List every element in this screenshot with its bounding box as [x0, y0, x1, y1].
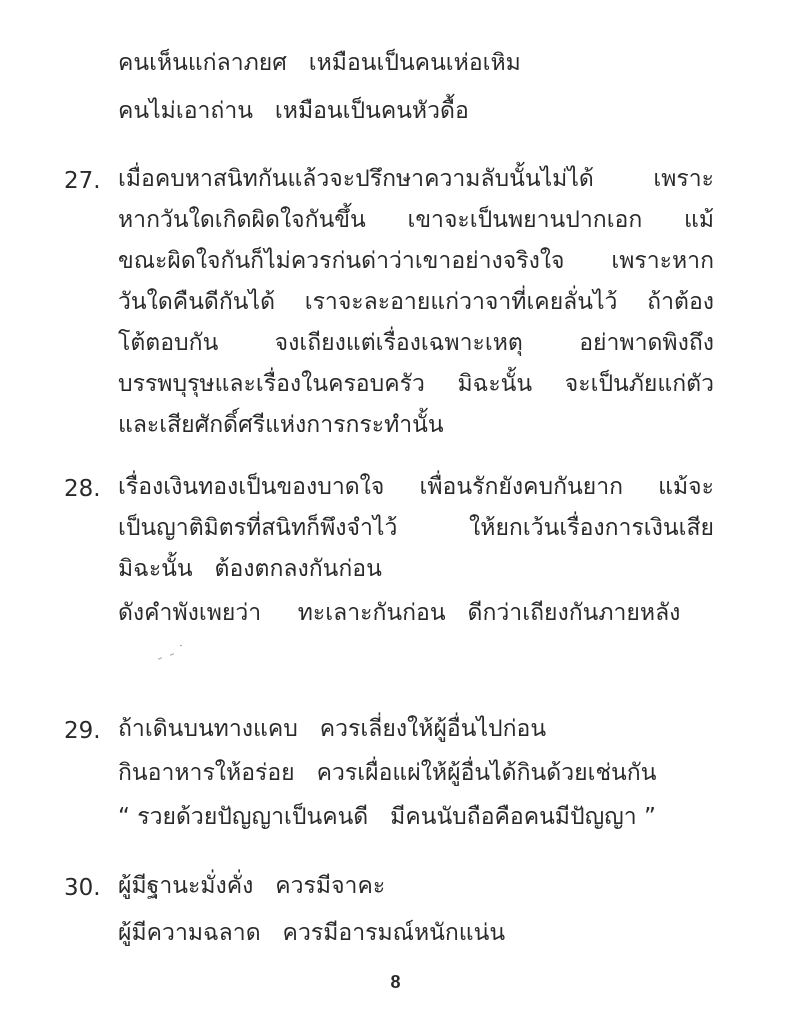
item-number: 30. — [64, 873, 101, 903]
item-29-line: กินอาหารให้อร่อย ควรเผื่อแผ่ให้ผู้อื่นได… — [118, 758, 656, 788]
item-27-line: บรรพบุรุษและเรื่องในครอบครัว มิฉะนั้น จะ… — [118, 369, 714, 399]
intro-line: คนเห็นแก่ลาภยศ เหมือนเป็นคนเห่อเหิม — [118, 48, 521, 78]
item-28-line: เรื่องเงินทองเป็นของบาดใจ เพื่อนรักยังคบ… — [118, 472, 714, 502]
item-number: 27. — [64, 166, 101, 196]
item-27-line: โต้ตอบกัน จงเถียงแต่เรื่องเฉพาะเหตุ อย่า… — [118, 328, 714, 358]
item-number: 28. — [64, 474, 101, 504]
scan-speck — [180, 645, 182, 647]
item-29-quote: “ รวยด้วยปัญญาเป็นคนดี มีคนนับถือคือคนมี… — [118, 802, 656, 832]
item-number: 29. — [64, 716, 101, 746]
item-27-line: ขณะผิดใจกันก็ไม่ควรก่นด่าว่าเขาอย่างจริง… — [118, 246, 714, 276]
document-page: คนเห็นแก่ลาภยศ เหมือนเป็นคนเห่อเหิม คนไม… — [0, 0, 791, 1024]
item-28-proverb: ดังคำพังเพยว่า ทะเลาะกันก่อน ดีกว่าเถียง… — [118, 598, 680, 628]
item-27-line: วันใดคืนดีกันได้ เราจะละอายแก่วาจาที่เคย… — [118, 287, 714, 317]
item-27-line: หากวันใดเกิดผิดใจกันขึ้น เขาจะเป็นพยานปา… — [118, 205, 714, 235]
item-27-line: เมื่อคบหาสนิทกันแล้วจะปรึกษาความลับนั้นไ… — [118, 164, 714, 194]
item-29-line: ถ้าเดินบนทางแคบ ควรเลี่ยงให้ผู้อื่นไปก่อ… — [118, 714, 546, 744]
scan-speck — [158, 657, 162, 660]
item-30-line: ผู้มีความฉลาด ควรมีอารมณ์หนักแน่น — [118, 918, 505, 948]
item-28-line: มิฉะนั้น ต้องตกลงกันก่อน — [118, 554, 382, 584]
page-number: 8 — [0, 970, 791, 994]
item-28-line: เป็นญาติมิตรที่สนิทก็พึงจำไว้ ให้ยกเว้นเ… — [118, 513, 714, 543]
item-27-line: และเสียศักดิ์ศรีแห่งการกระทำนั้น — [118, 410, 444, 440]
item-30-line: ผู้มีฐานะมั่งคั่ง ควรมีจาคะ — [118, 871, 385, 901]
intro-line: คนไม่เอาถ่าน เหมือนเป็นคนหัวดื้อ — [118, 96, 469, 126]
scan-speck — [170, 653, 174, 656]
